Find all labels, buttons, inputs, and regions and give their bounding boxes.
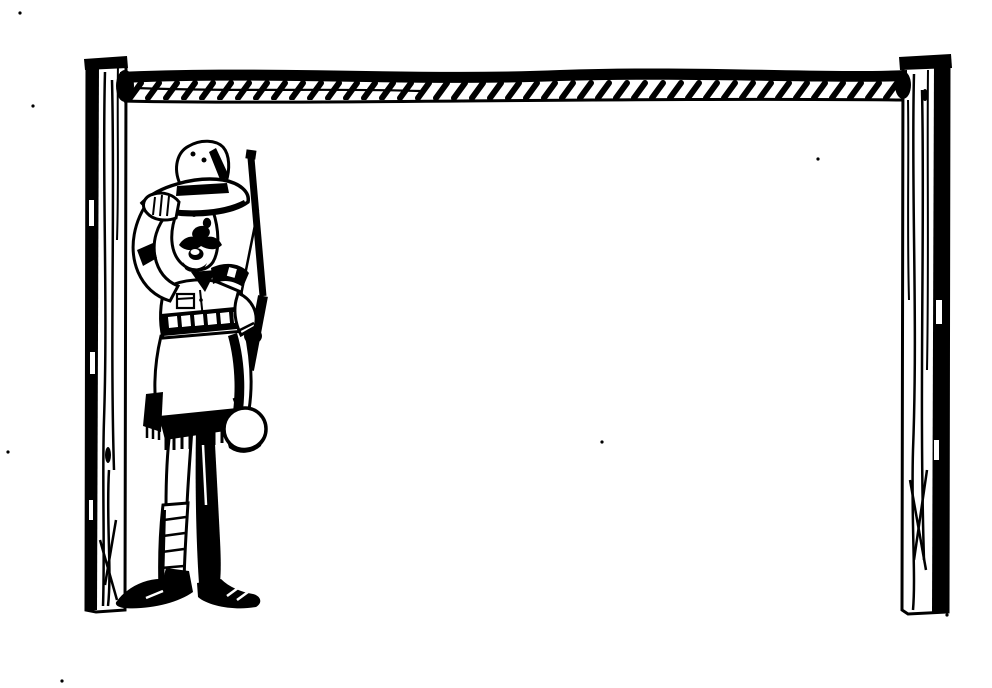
rifle-hand — [244, 328, 262, 344]
scout-face — [172, 207, 222, 272]
scout-legs — [160, 426, 221, 590]
rope — [116, 68, 911, 102]
ink-speck — [18, 11, 21, 14]
ink-speck — [600, 440, 603, 443]
drawing — [0, 0, 992, 688]
left-post — [84, 56, 128, 612]
rope-right-lashing — [895, 71, 911, 99]
scout-boots — [116, 568, 260, 608]
left-post-shadow-edge — [87, 66, 99, 610]
ink-speck — [816, 157, 819, 160]
ink-speck — [60, 679, 63, 682]
ink-speck — [945, 613, 948, 616]
illustration-canvas — [0, 0, 992, 688]
right-post-shadow-edge — [932, 62, 948, 612]
ink-speck — [31, 104, 34, 107]
right-post — [899, 54, 952, 614]
scout-figure — [116, 141, 266, 608]
rope-left-lashing — [116, 70, 134, 102]
ink-speck — [6, 450, 9, 453]
